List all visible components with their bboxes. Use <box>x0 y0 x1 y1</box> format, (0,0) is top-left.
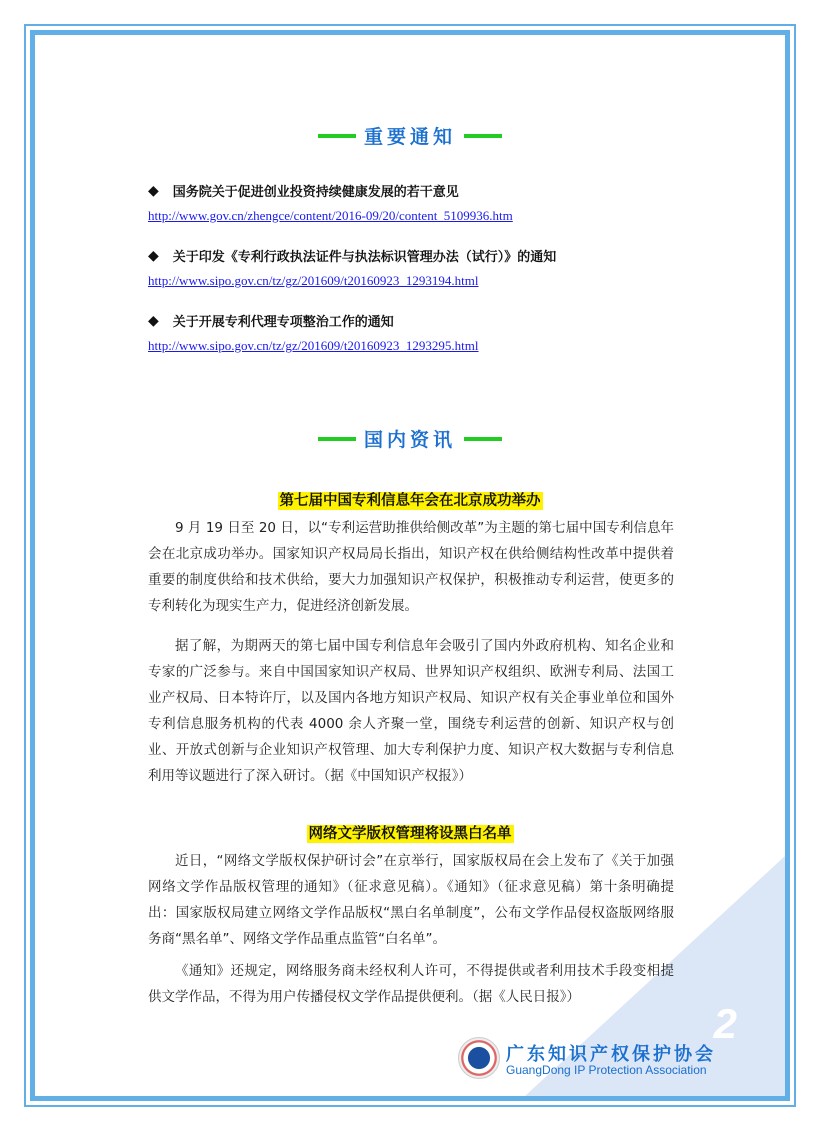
notice-title: 国务院关于促进创业投资持续健康发展的若干意见 <box>173 181 459 200</box>
notice-item: ◆ 关于印发《专利行政执法证件与执法标识管理办法（试行）》的通知 http://… <box>148 246 556 289</box>
section-title-news: 国内资讯 <box>0 425 820 452</box>
notice-link[interactable]: http://www.gov.cn/zhengce/content/2016-0… <box>148 208 513 224</box>
divider <box>464 134 502 138</box>
article-paragraph: 《通知》还规定，网络服务商未经权利人许可，不得提供或者利用技术手段变相提供文学作… <box>148 958 674 1010</box>
article-title: 第七届中国专利信息年会在北京成功举办 <box>0 489 820 510</box>
notice-title: 关于开展专利代理专项整治工作的通知 <box>173 311 394 330</box>
divider <box>464 437 502 441</box>
diamond-bullet-icon: ◆ <box>148 183 159 199</box>
article-title: 网络文学版权管理将设黑白名单 <box>0 822 820 843</box>
notice-link[interactable]: http://www.sipo.gov.cn/tz/gz/201609/t201… <box>148 273 556 289</box>
divider <box>318 437 356 441</box>
article-paragraph: 9 月 19 日至 20 日，以“专利运营助推供给侧改革”为主题的第七届中国专利… <box>148 515 674 619</box>
article-paragraph: 据了解，为期两天的第七届中国专利信息年会吸引了国内外政府机构、知名企业和专家的广… <box>148 633 674 789</box>
diamond-bullet-icon: ◆ <box>148 313 159 329</box>
association-emblem-icon <box>458 1037 500 1079</box>
notice-item: ◆ 国务院关于促进创业投资持续健康发展的若干意见 http://www.gov.… <box>148 181 513 224</box>
article-paragraph: 近日，“网络文学版权保护研讨会”在京举行，国家版权局在会上发布了《关于加强网络文… <box>148 848 674 952</box>
footer-org-en: GuangDong IP Protection Association <box>506 1063 707 1077</box>
notice-title: 关于印发《专利行政执法证件与执法标识管理办法（试行）》的通知 <box>173 246 557 265</box>
diamond-bullet-icon: ◆ <box>148 248 159 264</box>
notice-item: ◆ 关于开展专利代理专项整治工作的通知 http://www.sipo.gov.… <box>148 311 479 354</box>
section-title-notices: 重要通知 <box>0 122 820 149</box>
page-number: 2 <box>714 1000 737 1048</box>
divider <box>318 134 356 138</box>
notice-link[interactable]: http://www.sipo.gov.cn/tz/gz/201609/t201… <box>148 338 479 354</box>
